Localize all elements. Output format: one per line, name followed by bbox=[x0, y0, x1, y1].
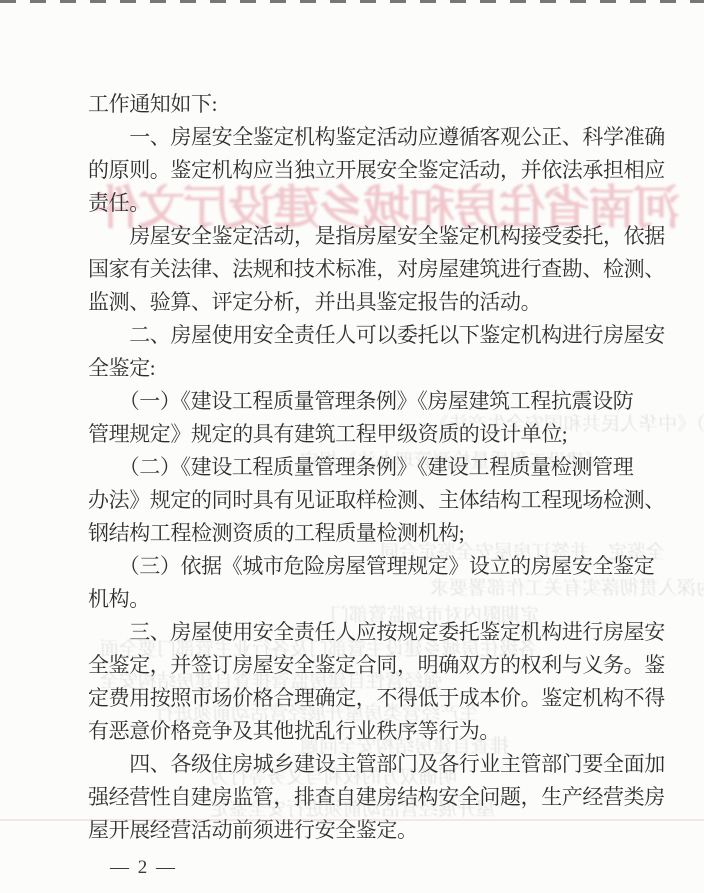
text-line: 全鉴定，并签订房屋安全鉴定合同，明确双方的权利与义务。鉴 bbox=[88, 649, 632, 682]
text-line: 有恶意价格竞争及其他扰乱行业秩序等行为。 bbox=[88, 715, 632, 748]
text-line: 监测、验算、评定分析，并出具鉴定报告的活动。 bbox=[88, 286, 632, 319]
text-line: 工作通知如下: bbox=[88, 88, 632, 121]
text-line: 管理规定》规定的具有建筑工程甲级资质的设计单位; bbox=[88, 418, 632, 451]
text-line: 三、房屋使用安全责任人应按规定委托鉴定机构进行房屋安 bbox=[88, 616, 632, 649]
scan-streak-artifact bbox=[0, 819, 704, 821]
text-line: 定费用按照市场价格合理确定，不得低于成本价。鉴定机构不得 bbox=[88, 682, 632, 715]
text-line: 房屋安全鉴定活动，是指房屋安全鉴定机构接受委托，依据 bbox=[88, 220, 632, 253]
text-line: 强经营性自建房监管，排查自建房结构安全问题，生产经营类房 bbox=[88, 781, 632, 814]
text-line: 全鉴定: bbox=[88, 352, 632, 385]
text-line: 钢结构工程检测资质的工程质量检测机构; bbox=[88, 517, 632, 550]
text-line: 二、房屋使用安全责任人可以委托以下鉴定机构进行房屋安 bbox=[88, 319, 632, 352]
text-line: （二）《建设工程质量管理条例》《建设工程质量检测管理 bbox=[88, 451, 632, 484]
text-line: 国家有关法律、法规和技术标准，对房屋建筑进行查勘、检测、 bbox=[88, 253, 632, 286]
scanned-document-page: 河南省住房和城乡建设厅文件 《建设工程质量检测管理办法》规定（四）《中华人民共和… bbox=[0, 0, 704, 893]
page-number: — 2 — bbox=[110, 856, 177, 880]
text-line: 责任。 bbox=[88, 187, 632, 220]
document-body: 工作通知如下: 一、房屋安全鉴定机构鉴定活动应遵循客观公正、科学准确的原则。鉴定… bbox=[88, 88, 632, 847]
text-line: 的原则。鉴定机构应当独立开展安全鉴定活动，并依法承担相应 bbox=[88, 154, 632, 187]
text-line: 机构。 bbox=[88, 583, 632, 616]
text-line: （一）《建设工程质量管理条例》《房屋建筑工程抗震设防 bbox=[88, 385, 632, 418]
text-line: 一、房屋安全鉴定机构鉴定活动应遵循客观公正、科学准确 bbox=[88, 121, 632, 154]
scan-edge-artifact bbox=[0, 0, 704, 3]
text-line: 四、各级住房城乡建设主管部门及各行业主管部门要全面加 bbox=[88, 748, 632, 781]
text-line: 办法》规定的同时具有见证取样检测、主体结构工程现场检测、 bbox=[88, 484, 632, 517]
text-line: （三）依据《城市危险房屋管理规定》设立的房屋安全鉴定 bbox=[88, 550, 632, 583]
